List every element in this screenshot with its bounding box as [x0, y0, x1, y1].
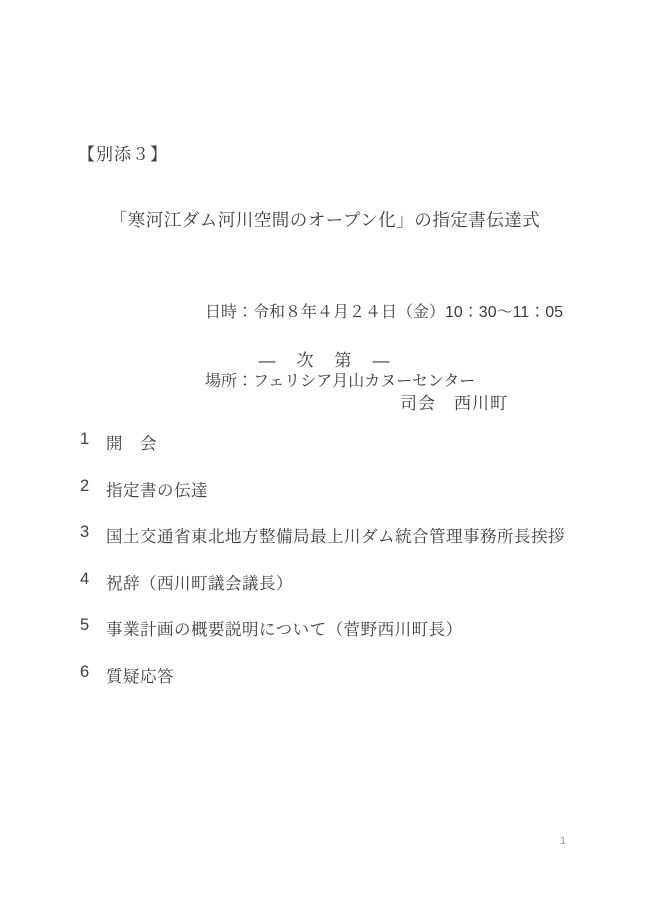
agenda-item-number: 1	[80, 430, 106, 449]
event-datetime: 日時：令和８年４月２４日（金）10：30～11：05	[205, 301, 563, 324]
agenda-item: 2 指定書の伝達	[80, 477, 600, 495]
agenda-item: 4 祝辞（西川町議会議長）	[80, 570, 600, 588]
agenda-item-text: 指定書の伝達	[106, 477, 208, 501]
agenda-item-number: 2	[80, 477, 106, 496]
page-number: 1	[560, 835, 566, 847]
agenda-item: 1 開 会	[80, 430, 600, 448]
attachment-label: 【別添３】	[78, 140, 168, 165]
agenda-item-number: 3	[80, 523, 106, 542]
agenda-item: 5 事業計画の概要説明について（菅野西川町長）	[80, 616, 600, 634]
agenda-heading: ― 次 第 ―	[0, 346, 650, 371]
agenda-list: 1 開 会 2 指定書の伝達 3 国土交通省東北地方整備局最上川ダム統合管理事務…	[80, 430, 600, 709]
agenda-item: 3 国土交通省東北地方整備局最上川ダム統合管理事務所長挨拶	[80, 523, 600, 541]
event-location: 場所：フェリシア月山カヌーセンター	[205, 370, 563, 393]
agenda-item-text: 国土交通省東北地方整備局最上川ダム統合管理事務所長挨拶	[106, 523, 565, 547]
agenda-item-number: 4	[80, 570, 106, 589]
agenda-item: 6 質疑応答	[80, 663, 600, 681]
document-title: 「寒河江ダム河川空間のオープン化」の指定書伝達式	[0, 207, 650, 232]
agenda-item-number: 6	[80, 663, 106, 682]
agenda-item-text: 祝辞（西川町議会議長）	[106, 570, 293, 594]
moderator-line: 司会 西川町	[400, 389, 508, 414]
agenda-item-text: 開 会	[106, 430, 157, 454]
agenda-item-text: 事業計画の概要説明について（菅野西川町長）	[106, 616, 463, 640]
agenda-item-number: 5	[80, 616, 106, 635]
document-page: 【別添３】 「寒河江ダム河川空間のオープン化」の指定書伝達式 日時：令和８年４月…	[0, 0, 650, 918]
agenda-item-text: 質疑応答	[106, 663, 174, 687]
